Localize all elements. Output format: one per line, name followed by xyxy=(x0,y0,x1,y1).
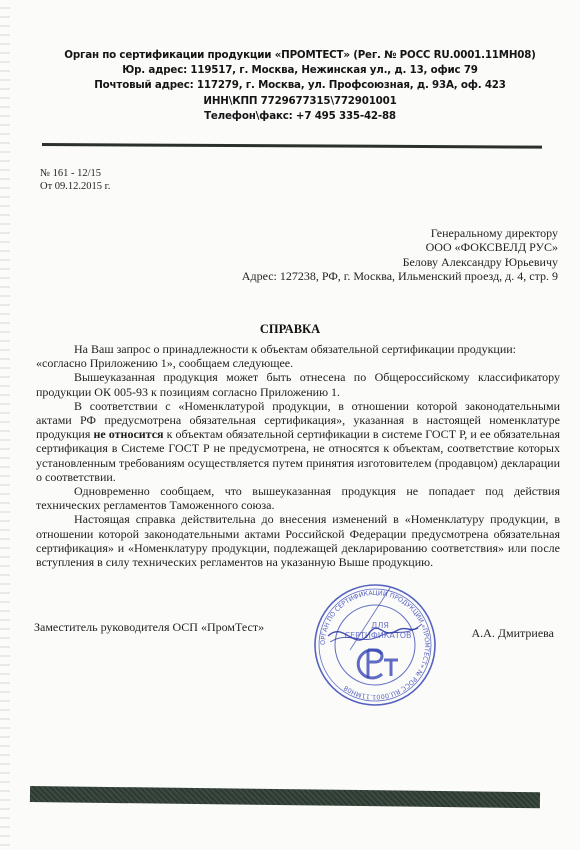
letterhead: Орган по сертификации продукции «ПРОМТЕС… xyxy=(60,48,540,124)
addressee-person: Белову Александру Юрьевичу xyxy=(242,255,558,269)
paragraph-request-cont: «согласно Приложению 1», сообщаем следую… xyxy=(36,356,560,370)
paragraph-nomenclature: В соответствии с «Номенклатурой продукци… xyxy=(36,399,560,484)
footer-bar xyxy=(30,786,540,808)
stamp-seal-icon: ОРГАН ПО СЕРТИФИКАЦИИ ПРОДУКЦИИ «ПРОМТЕС… xyxy=(310,580,440,710)
reference-number: № 161 - 12/15 xyxy=(40,168,110,181)
letterhead-tax-id: ИНН\КПП 7729677315\772901001 xyxy=(60,94,540,109)
svg-text:ОРГАН ПО СЕРТИФИКАЦИИ ПРОДУКЦИ: ОРГАН ПО СЕРТИФИКАЦИИ ПРОДУКЦИИ «ПРОМТЕС… xyxy=(319,589,431,701)
paragraph-validity: Настоящая справка действительна до внесе… xyxy=(36,512,560,569)
nomenclature-emphasis: не относится xyxy=(93,427,163,441)
letterhead-org-name: Орган по сертификации продукции «ПРОМТЕС… xyxy=(60,48,540,63)
signatory-position: Заместитель руководителя ОСП «ПромТест» xyxy=(34,620,264,635)
document-reference: № 161 - 12/15 От 09.12.2015 г. xyxy=(40,168,110,193)
certification-stamp: ОРГАН ПО СЕРТИФИКАЦИИ ПРОДУКЦИИ «ПРОМТЕС… xyxy=(310,580,440,710)
paragraph-request: На Ваш запрос о принадлежности к объекта… xyxy=(36,342,560,356)
addressee-title: Генеральному директору xyxy=(242,226,558,240)
addressee-address: Адрес: 127238, РФ, г. Москва, Ильменский… xyxy=(242,269,558,283)
reference-date: От 09.12.2015 г. xyxy=(40,181,110,194)
addressee-company: ООО «ФОКСВЕЛД РУС» xyxy=(242,240,558,254)
scan-edge-artifact xyxy=(0,0,10,850)
header-divider xyxy=(42,143,542,149)
paragraph-customs-union: Одновременно сообщаем, что вышеуказанная… xyxy=(36,484,560,512)
document-body: На Ваш запрос о принадлежности к объекта… xyxy=(36,342,560,569)
letterhead-phone: Телефон\факс: +7 495 335-42-88 xyxy=(60,109,540,124)
signatory-name: А.А. Дмитриева xyxy=(471,626,554,641)
letterhead-legal-address: Юр. адрес: 119517, г. Москва, Нежинская … xyxy=(60,63,540,78)
paragraph-classification: Вышеуказанная продукция может быть отнес… xyxy=(36,370,560,398)
addressee-block: Генеральному директору ООО «ФОКСВЕЛД РУС… xyxy=(242,226,558,284)
letterhead-postal-address: Почтовый адрес: 117279, г. Москва, ул. П… xyxy=(60,78,540,93)
document-page: Орган по сертификации продукции «ПРОМТЕС… xyxy=(0,0,580,850)
document-title: СПРАВКА xyxy=(0,322,580,337)
